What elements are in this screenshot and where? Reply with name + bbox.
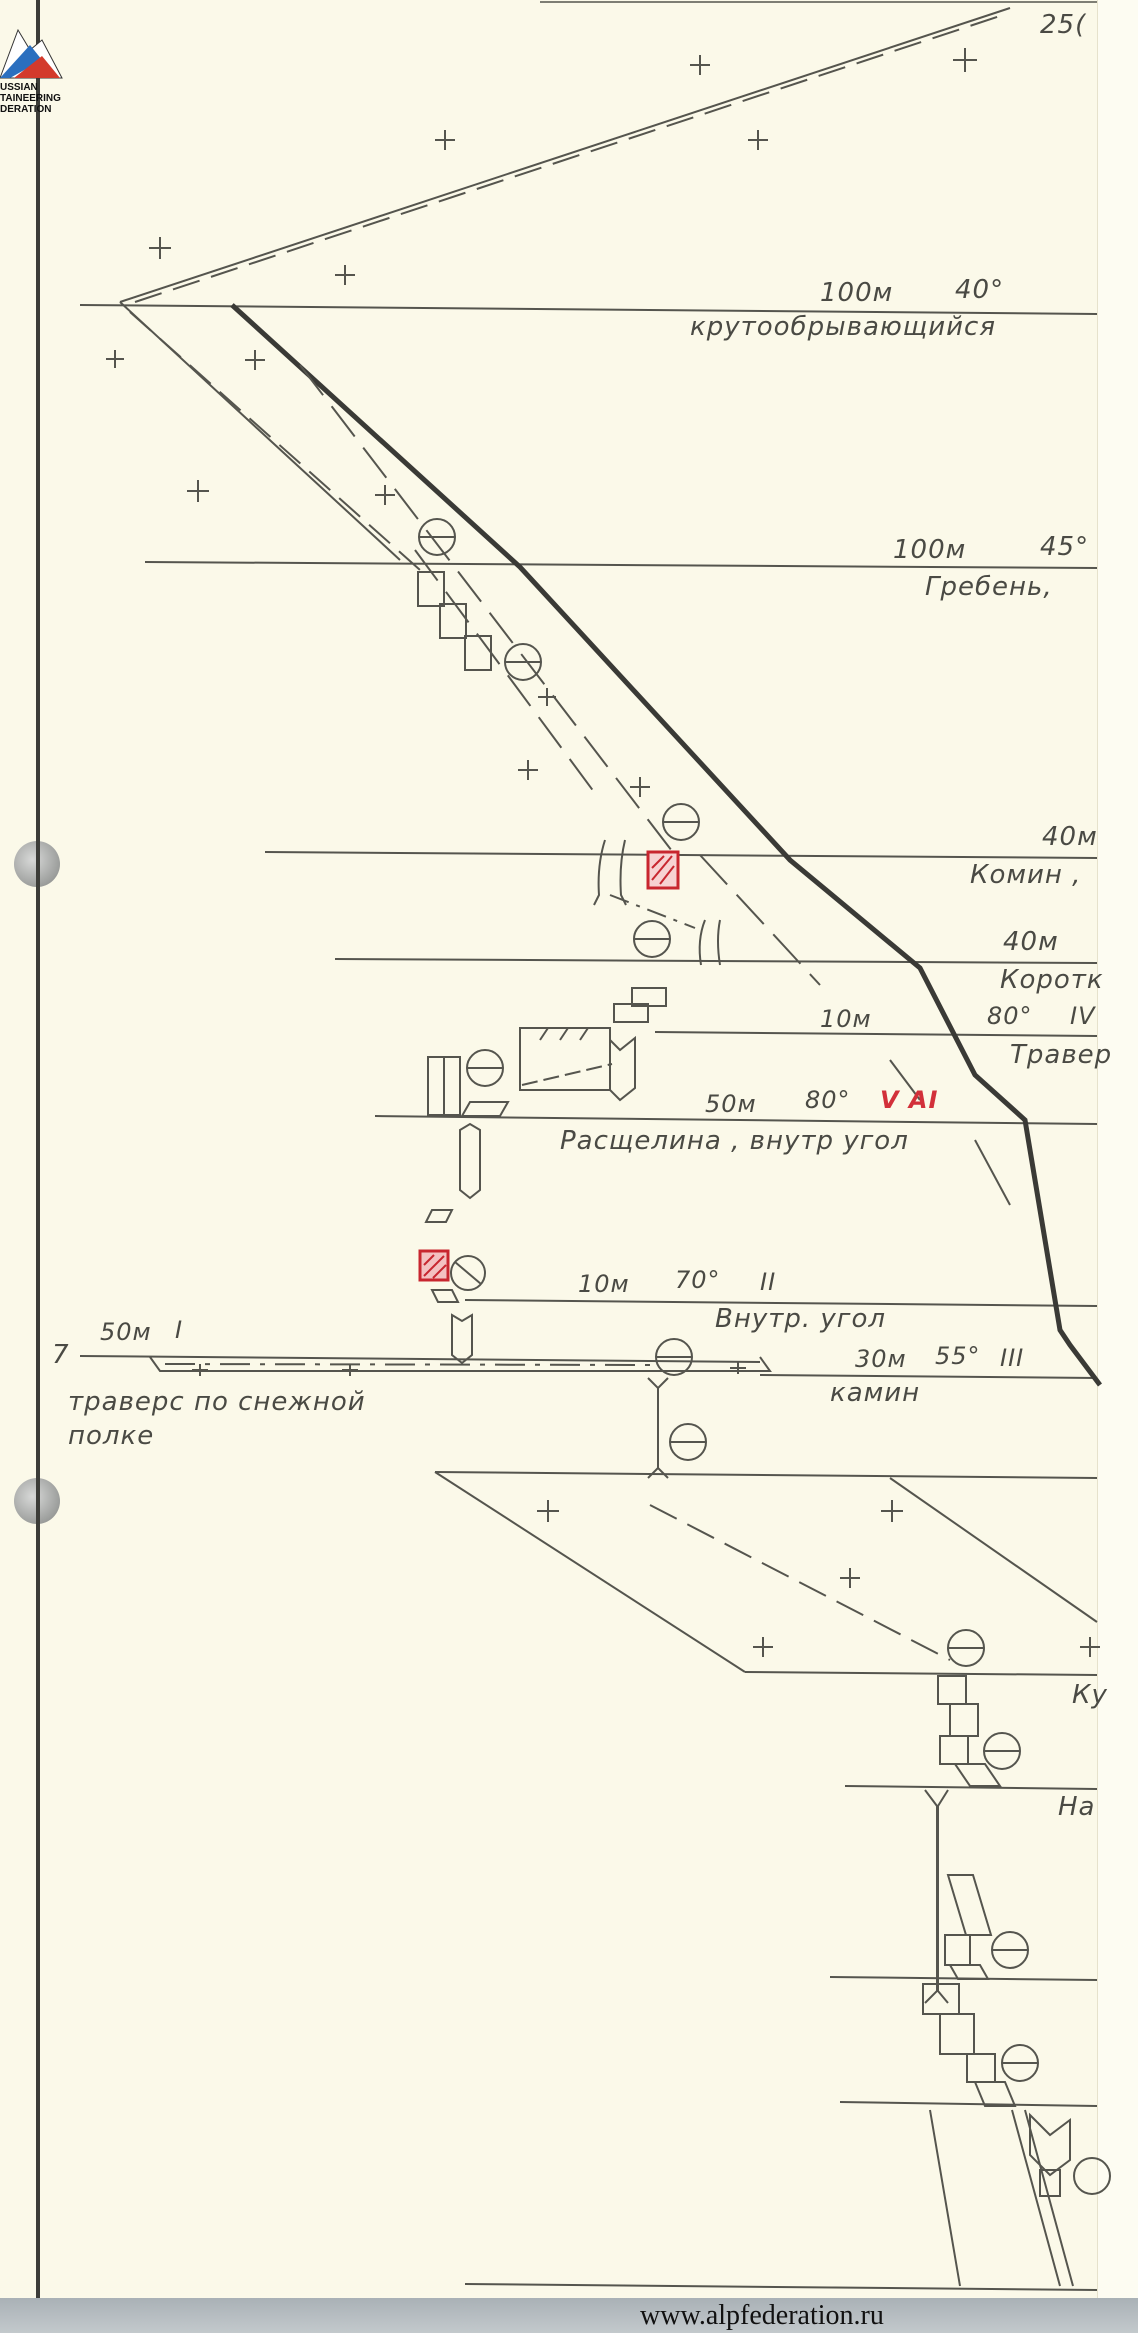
pitch-description: На [1058,1792,1095,1822]
pitch-description: Расщелина , внутр угол [560,1126,909,1156]
pitch-angle: 80° [987,1002,1033,1030]
pitch-grade: I [175,1316,183,1344]
pitch-description: камин [830,1378,920,1408]
pitch-length: 10м [820,1005,872,1033]
footer-band [0,2298,1138,2333]
footer-url[interactable]: www.alpfederation.ru [640,2300,884,2332]
pitch-length: 10м [578,1270,630,1298]
pitch-angle: 70° [675,1266,721,1294]
pitch-grade: V AI [880,1086,938,1114]
pitch-angle: 55° [935,1342,981,1370]
pitch-length: 30м [855,1345,907,1373]
pitch-angle: 80° [805,1086,851,1114]
pitch-description: Травер [1010,1040,1112,1070]
logo-line-2: TAINEERING [0,93,61,104]
pitch-length: 100м [893,535,966,565]
federation-logo: USSIAN TAINEERING DERATION [0,0,90,120]
pitch-description: Гребень, [925,572,1053,602]
logo-line-3: DERATION [0,104,51,115]
pitch-grade: IV [1070,1002,1096,1030]
pitch-length: 50м [100,1318,152,1346]
pitch-grade: III [1000,1344,1024,1372]
pitch-grade: II [760,1268,776,1296]
pitch-length: 40м [1042,822,1098,852]
pitch-length: 100м [820,278,893,308]
section-number: 7 [52,1340,70,1370]
logo-line-1: USSIAN [0,82,38,93]
pitch-angle: 45° [1040,532,1089,562]
pitch-length: 40м [1003,927,1059,957]
pitch-description: Ку [1072,1680,1108,1710]
pitch-angle: 40° [955,275,1004,305]
corner-label: 25( [1040,10,1086,40]
pitch-length: 50м [705,1090,757,1118]
mountain-logo-icon [0,20,70,80]
pitch-description: Внутр. угол [715,1304,886,1334]
pitch-description: Комин , [970,860,1081,890]
pitch-description: Коротк [1000,965,1104,995]
pitch-description: крутообрывающийся [690,312,996,342]
red-bolt-markers [420,852,678,1280]
pitch-description: траверс по снежной полке [68,1385,428,1453]
